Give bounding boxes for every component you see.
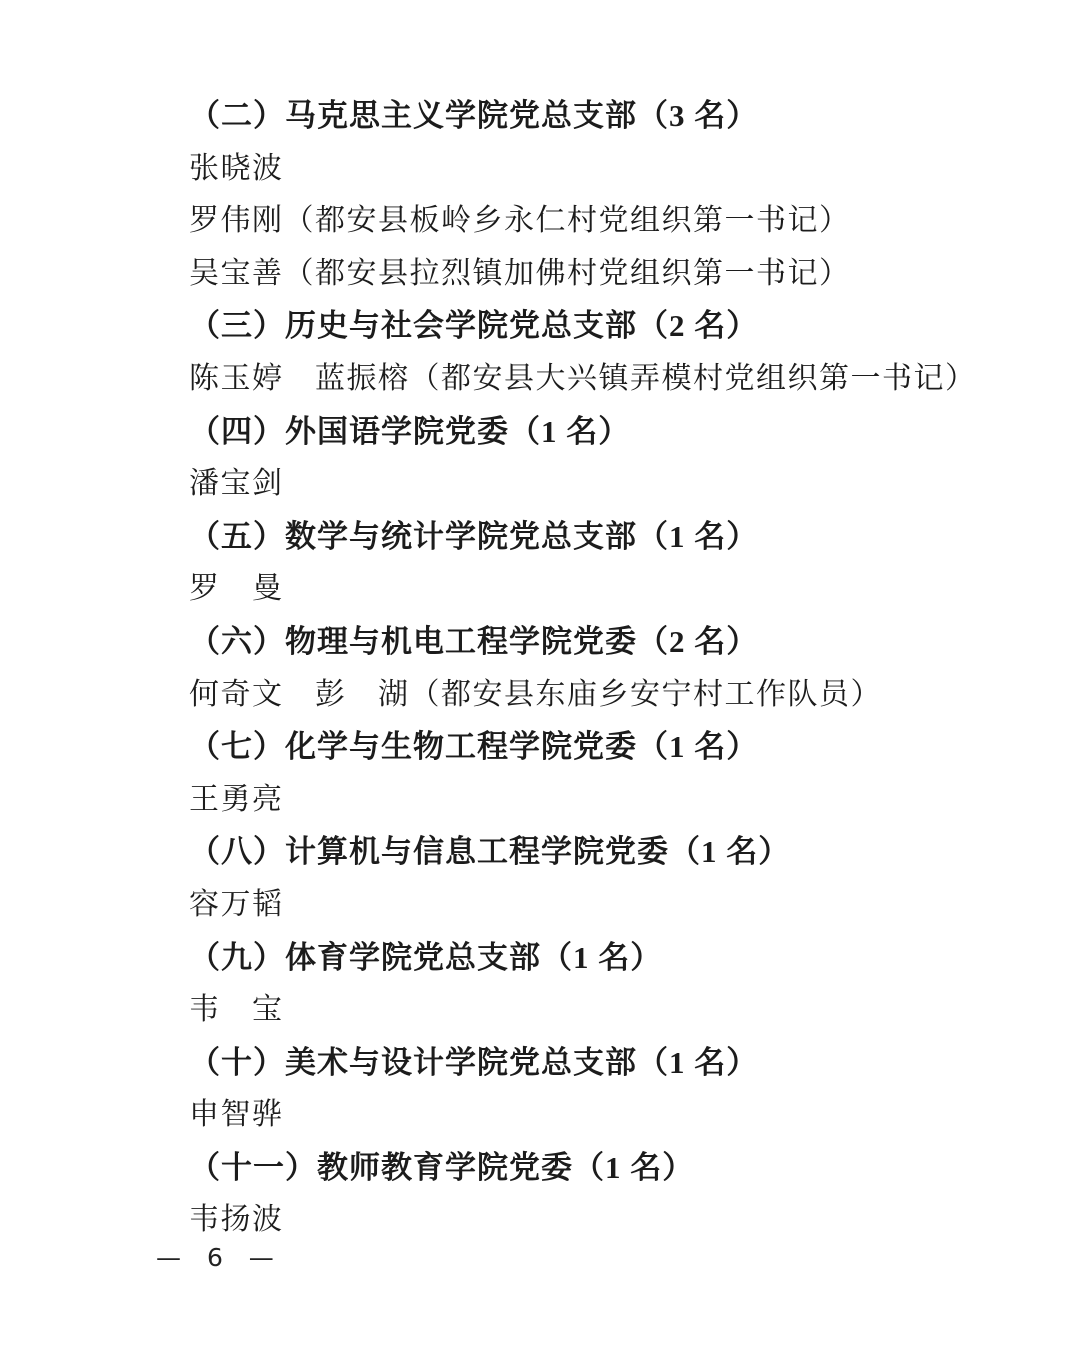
member-name-line: 何奇文 彭 湖（都安县东庙乡安宁村工作队员） <box>189 669 949 722</box>
member-name-line: 罗伟刚（都安县板岭乡永仁村党组织第一书记） <box>189 195 949 248</box>
section-heading: （五）数学与统计学院党总支部（1 名） <box>189 511 949 564</box>
section-heading: （十一）教师教育学院党委（1 名） <box>189 1142 949 1195</box>
member-name-line: 王勇亮 <box>189 774 949 827</box>
member-name-line: 韦 宝 <box>189 984 949 1037</box>
section-heading: （二）马克思主义学院党总支部（3 名） <box>189 90 949 143</box>
section-heading: （十）美术与设计学院党总支部（1 名） <box>189 1037 949 1090</box>
page-number: — 6 — <box>156 1242 278 1274</box>
member-name-line: 张晓波 <box>189 143 949 196</box>
section-heading: （八）计算机与信息工程学院党委（1 名） <box>189 826 949 879</box>
member-name-line: 陈玉婷 蓝振榕（都安县大兴镇弄模村党组织第一书记） <box>189 353 949 406</box>
section-heading: （九）体育学院党总支部（1 名） <box>189 932 949 985</box>
document-page: （二）马克思主义学院党总支部（3 名）张晓波罗伟刚（都安县板岭乡永仁村党组织第一… <box>0 0 1079 1352</box>
section-heading: （四）外国语学院党委（1 名） <box>189 406 949 459</box>
section-heading: （七）化学与生物工程学院党委（1 名） <box>189 721 949 774</box>
member-name-line: 申智骅 <box>189 1089 949 1142</box>
member-name-line: 罗 曼 <box>189 563 949 616</box>
member-name-line: 吴宝善（都安县拉烈镇加佛村党组织第一书记） <box>189 248 949 301</box>
member-name-line: 潘宝剑 <box>189 458 949 511</box>
member-name-line: 容万韬 <box>189 879 949 932</box>
section-heading: （三）历史与社会学院党总支部（2 名） <box>189 300 949 353</box>
member-name-line: 韦扬波 <box>189 1194 949 1247</box>
section-heading: （六）物理与机电工程学院党委（2 名） <box>189 616 949 669</box>
document-body: （二）马克思主义学院党总支部（3 名）张晓波罗伟刚（都安县板岭乡永仁村党组织第一… <box>189 90 949 1247</box>
